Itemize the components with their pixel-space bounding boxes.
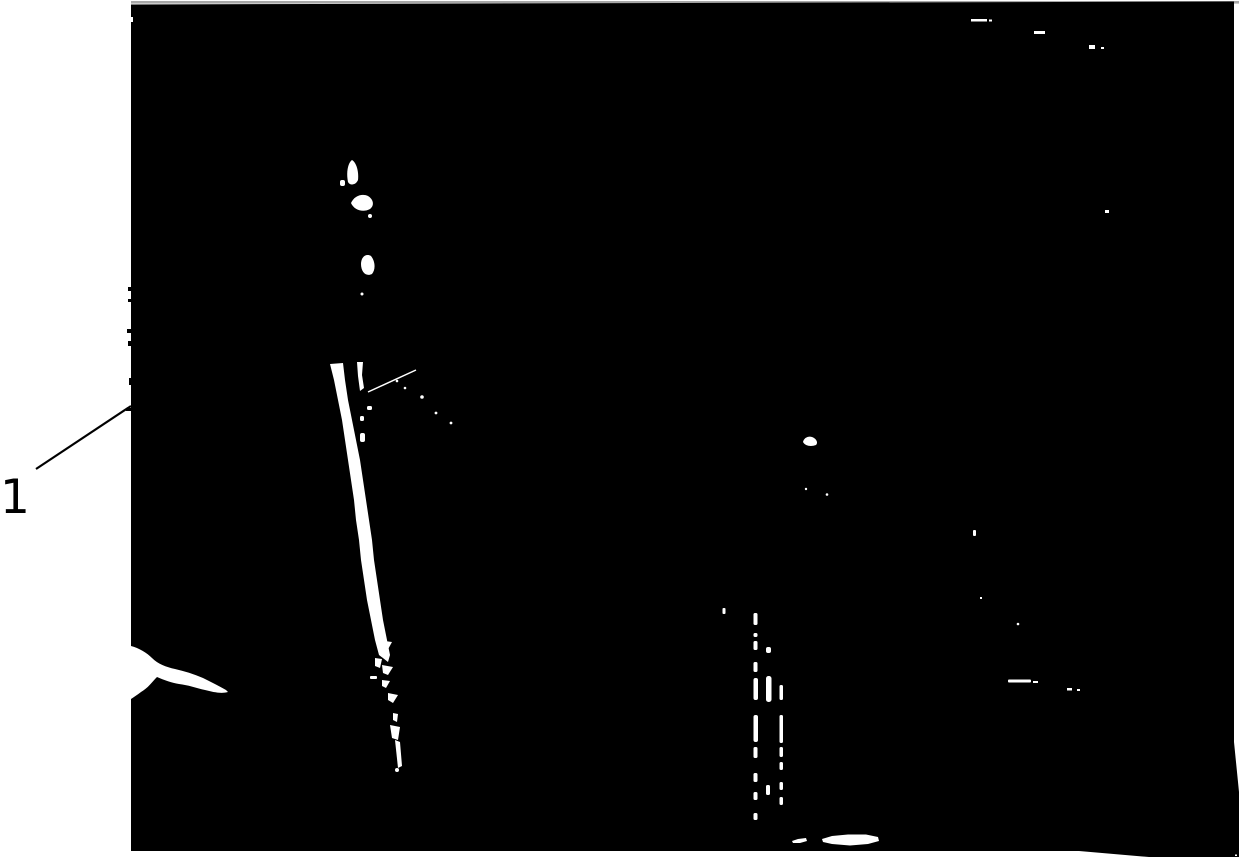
left-margin-specks — [126, 287, 131, 411]
leader-line — [36, 406, 131, 469]
left-edge-notch — [130, 17, 134, 22]
photo-figure — [131, 2, 1239, 857]
figure-stage — [0, 0, 1239, 857]
reference-numeral-1: 1 — [0, 474, 34, 521]
